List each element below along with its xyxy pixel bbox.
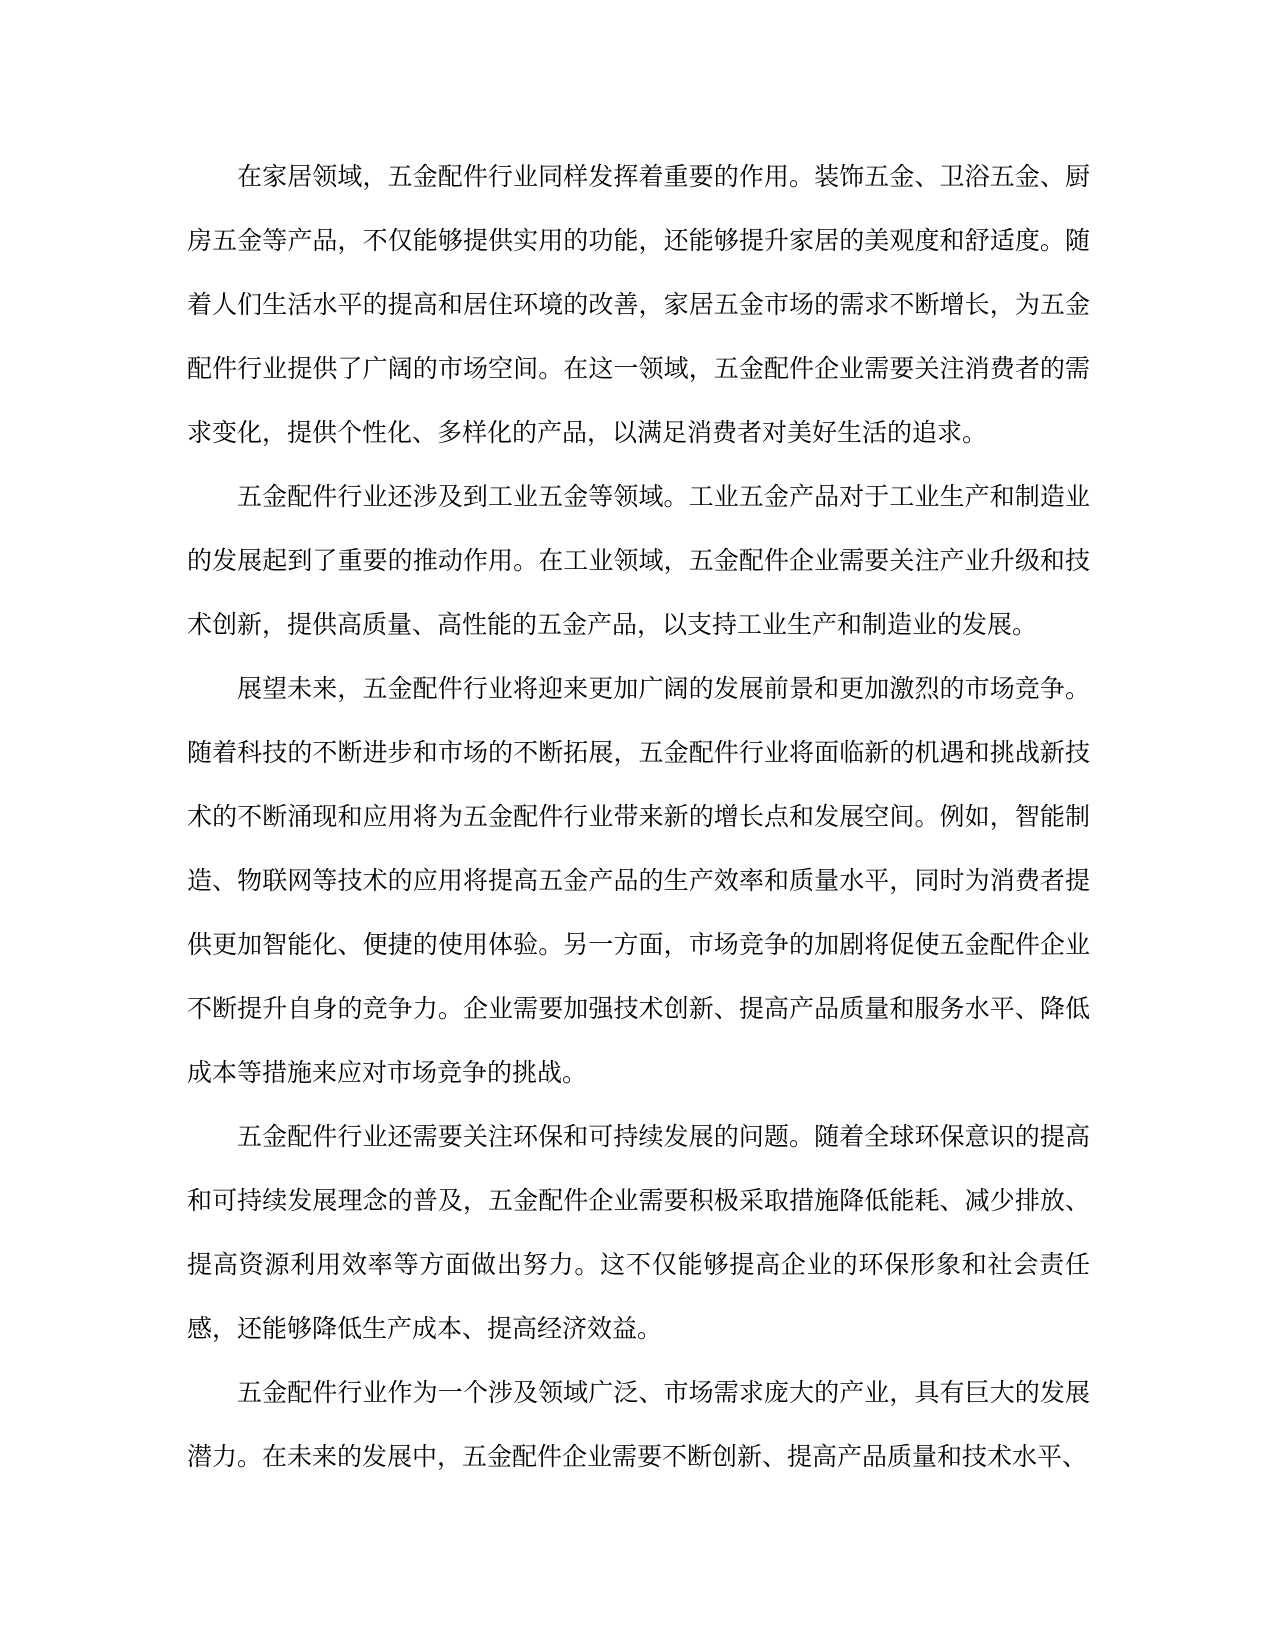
paragraph: 展望未来，五金配件行业将迎来更加广阔的发展前景和更加激烈的市场竞争。随着科技的不… — [187, 657, 1090, 1105]
document-page: 在家居领域，五金配件行业同样发挥着重要的作用。装饰五金、卫浴五金、厨房五金等产品… — [0, 0, 1275, 1650]
paragraph: 五金配件行业还需要关注环保和可持续发展的问题。随着全球环保意识的提高和可持续发展… — [187, 1105, 1090, 1361]
paragraph: 在家居领域，五金配件行业同样发挥着重要的作用。装饰五金、卫浴五金、厨房五金等产品… — [187, 145, 1090, 465]
paragraph: 五金配件行业还涉及到工业五金等领域。工业五金产品对于工业生产和制造业的发展起到了… — [187, 465, 1090, 657]
paragraph: 五金配件行业作为一个涉及领域广泛、市场需求庞大的产业，具有巨大的发展潜力。在未来… — [187, 1361, 1090, 1489]
document-body: 在家居领域，五金配件行业同样发挥着重要的作用。装饰五金、卫浴五金、厨房五金等产品… — [187, 145, 1090, 1489]
